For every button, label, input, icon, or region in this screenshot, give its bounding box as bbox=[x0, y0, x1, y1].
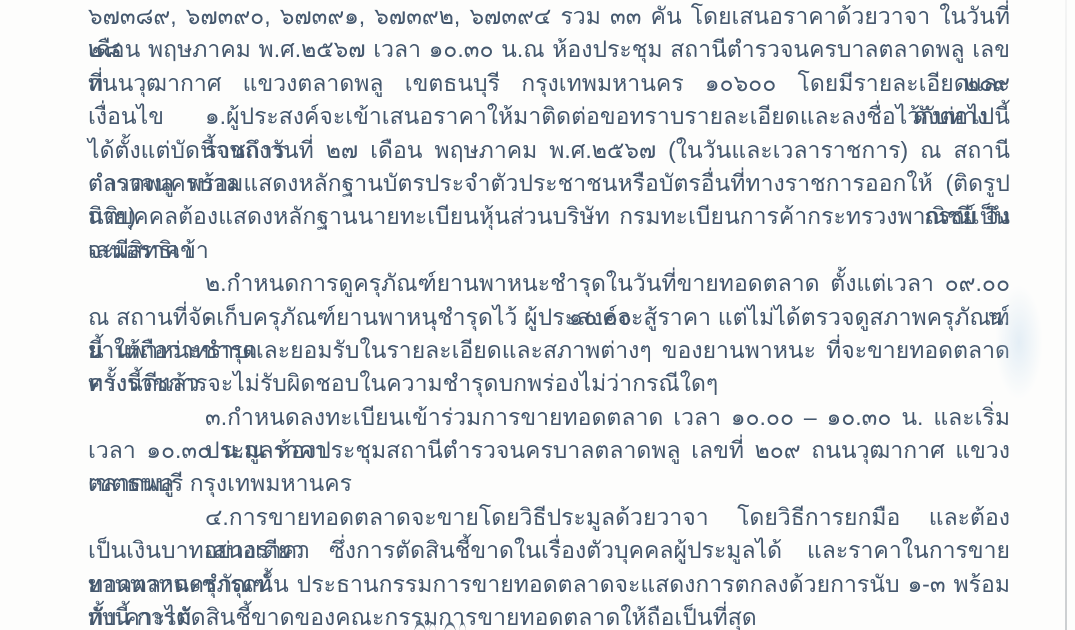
scan-edge-line bbox=[1065, 0, 1067, 630]
text-line: เขตธนบุรี กรุงเทพมหานคร bbox=[88, 467, 1010, 500]
scan-ink-smudge bbox=[995, 285, 1043, 400]
text-line: ๖๗๓๘๙, ๖๗๓๙๐, ๖๗๓๙๑, ๖๗๓๙๒, ๖๗๓๙๔ รวม ๓๓… bbox=[88, 0, 1010, 33]
text-line-clause-3: ๓.กำหนดลงทะเบียนเข้าร่วมการขายทอดตลาด เว… bbox=[88, 401, 1010, 434]
text-line-clause-2: ๒.กำหนดการดูครุภัณฑ์ยานพาหนะชำรุดในวันที… bbox=[88, 267, 1010, 300]
text-line: นิติบุคคลต้องแสดงหลักฐานนายทะเบียนหุ้นส่… bbox=[88, 200, 1010, 233]
text-line: ทั้งนี้ การตัดสินชี้ขาดของคณะกรรมการขายท… bbox=[88, 601, 1010, 630]
text-line: ทางราชการจะไม่รับผิดชอบในความชำรุดบกพร่อ… bbox=[88, 367, 1010, 400]
text-line: ณ สถานที่จัดเก็บครุภัณฑ์ยานพาหนุชำรุดไว้… bbox=[88, 301, 1010, 334]
document-text-block: ๖๗๓๘๙, ๖๗๓๙๐, ๖๗๓๙๑, ๖๗๓๙๒, ๖๗๓๙๔ รวม ๓๓… bbox=[88, 0, 1010, 630]
text-line: เวลา ๑๐.๓๐ น.ณ ห้องประชุมสถานีตำรวจนครบา… bbox=[88, 434, 1010, 467]
text-line: นี้ ให้ถือว่าทราบและยอมรับในรายละเอียดแล… bbox=[88, 334, 1010, 367]
text-line: ได้ตั้งแต่บัดนี้จนถึงวันที่ ๒๗ เดือน พฤษ… bbox=[88, 134, 1010, 167]
text-line-clause-4: ๔.การขายทอดตลาดจะขายโดยวิธีประมูลด้วยวาจ… bbox=[88, 501, 1010, 534]
text-line: ตลาดพลู พร้อมแสดงหลักฐานบัตรประจำตัวประช… bbox=[88, 167, 1010, 200]
document-page: ๖๗๓๘๙, ๖๗๓๙๐, ๖๗๓๙๑, ๖๗๓๙๒, ๖๗๓๙๔ รวม ๓๓… bbox=[0, 0, 1075, 630]
text-line: เป็นเงินบาทอย่างเดียว ซึ่งการตัดสินชี้ขา… bbox=[88, 534, 1010, 567]
text-line: ยานพาหนะชำรุดนั้น ประธานกรรมการขายทอดตลา… bbox=[88, 568, 1010, 601]
text-line: เสนอราคา bbox=[88, 234, 1010, 267]
text-line-clause-1: ๑.ผู้ประสงค์จะเข้าเสนอราคาให้มาติดต่อขอท… bbox=[88, 100, 1010, 133]
text-line: ถนนวุฒากาศ แขวงตลาดพลู เขตธนบุรี กรุงเทพ… bbox=[88, 67, 1010, 100]
text-line: เดือน พฤษภาคม พ.ศ.๒๕๖๗ เวลา ๑๐.๓๐ น.ณ ห้… bbox=[88, 33, 1010, 66]
